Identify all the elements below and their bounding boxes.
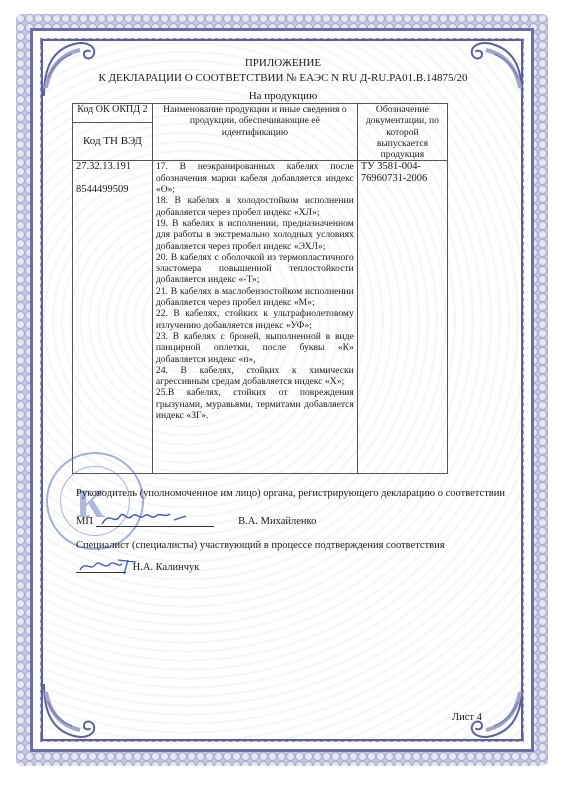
list-item: 23. В кабелях с броней, выполненной в ви… [156,331,354,365]
tnved-code: 8544499509 [76,184,149,195]
list-item: 17. В неэкранированных кабелях после обо… [156,161,354,195]
table-row: 27.32.13.191 8544499509 17. В неэкраниро… [73,161,448,474]
documentation-ref: ТУ 3581-004-76960731-2006 [357,161,447,474]
header-product-name: Наименование продукции и иные сведения о… [152,104,357,161]
head-signature-icon [100,506,190,530]
list-item: 19. В кабелях в исполнении, предназначен… [156,218,354,252]
codes-cell: 27.32.13.191 8544499509 [73,161,153,474]
products-table: Код ОК ОКПД 2 Наименование продукции и и… [72,103,448,474]
document-title: ПРИЛОЖЕНИЕ [0,57,566,69]
specialist-signature-icon [78,556,140,576]
header-documentation: Обозначение документации, по которой вып… [357,104,447,161]
specialist-label: Специалист (специалисты) участвующий в п… [76,540,445,551]
specialist-name: Н.А. Калинчук [133,562,200,573]
list-item: 20. В кабелях с оболочкой из термопласти… [156,252,354,286]
okpd-code: 27.32.13.191 [76,161,149,172]
section-label: На продукцию [0,90,566,102]
list-item: 24. В кабелях, стойких к химически агрес… [156,365,354,388]
list-item: 18. В кабелях в холодостойком исполнении… [156,195,354,218]
stamp-label: МП [76,516,93,527]
head-name: В.А. Михайленко [238,516,316,527]
list-item: 25.В кабелях, стойких от повреждения гры… [156,387,354,421]
declaration-number: К ДЕКЛАРАЦИИ О СООТВЕТСТВИИ № ЕАЭС N RU … [0,72,566,84]
list-item: 21. В кабелях в маслобензостойком исполн… [156,286,354,309]
sheet-number: Лист 4 [452,712,482,723]
product-description-cell: 17. В неэкранированных кабелях после обо… [152,161,357,474]
official-stamp: К [46,452,144,550]
header-okpd: Код ОК ОКПД 2 [73,104,153,123]
header-tnved: Код ТН ВЭД [73,122,153,161]
list-item: 22. В кабелях, стойких к ультрафиолетово… [156,308,354,331]
document-page: ПРИЛОЖЕНИЕ К ДЕКЛАРАЦИИ О СООТВЕТСТВИИ №… [0,0,566,800]
head-label: Руководитель (уполномоченное им лицо) ор… [76,488,505,499]
